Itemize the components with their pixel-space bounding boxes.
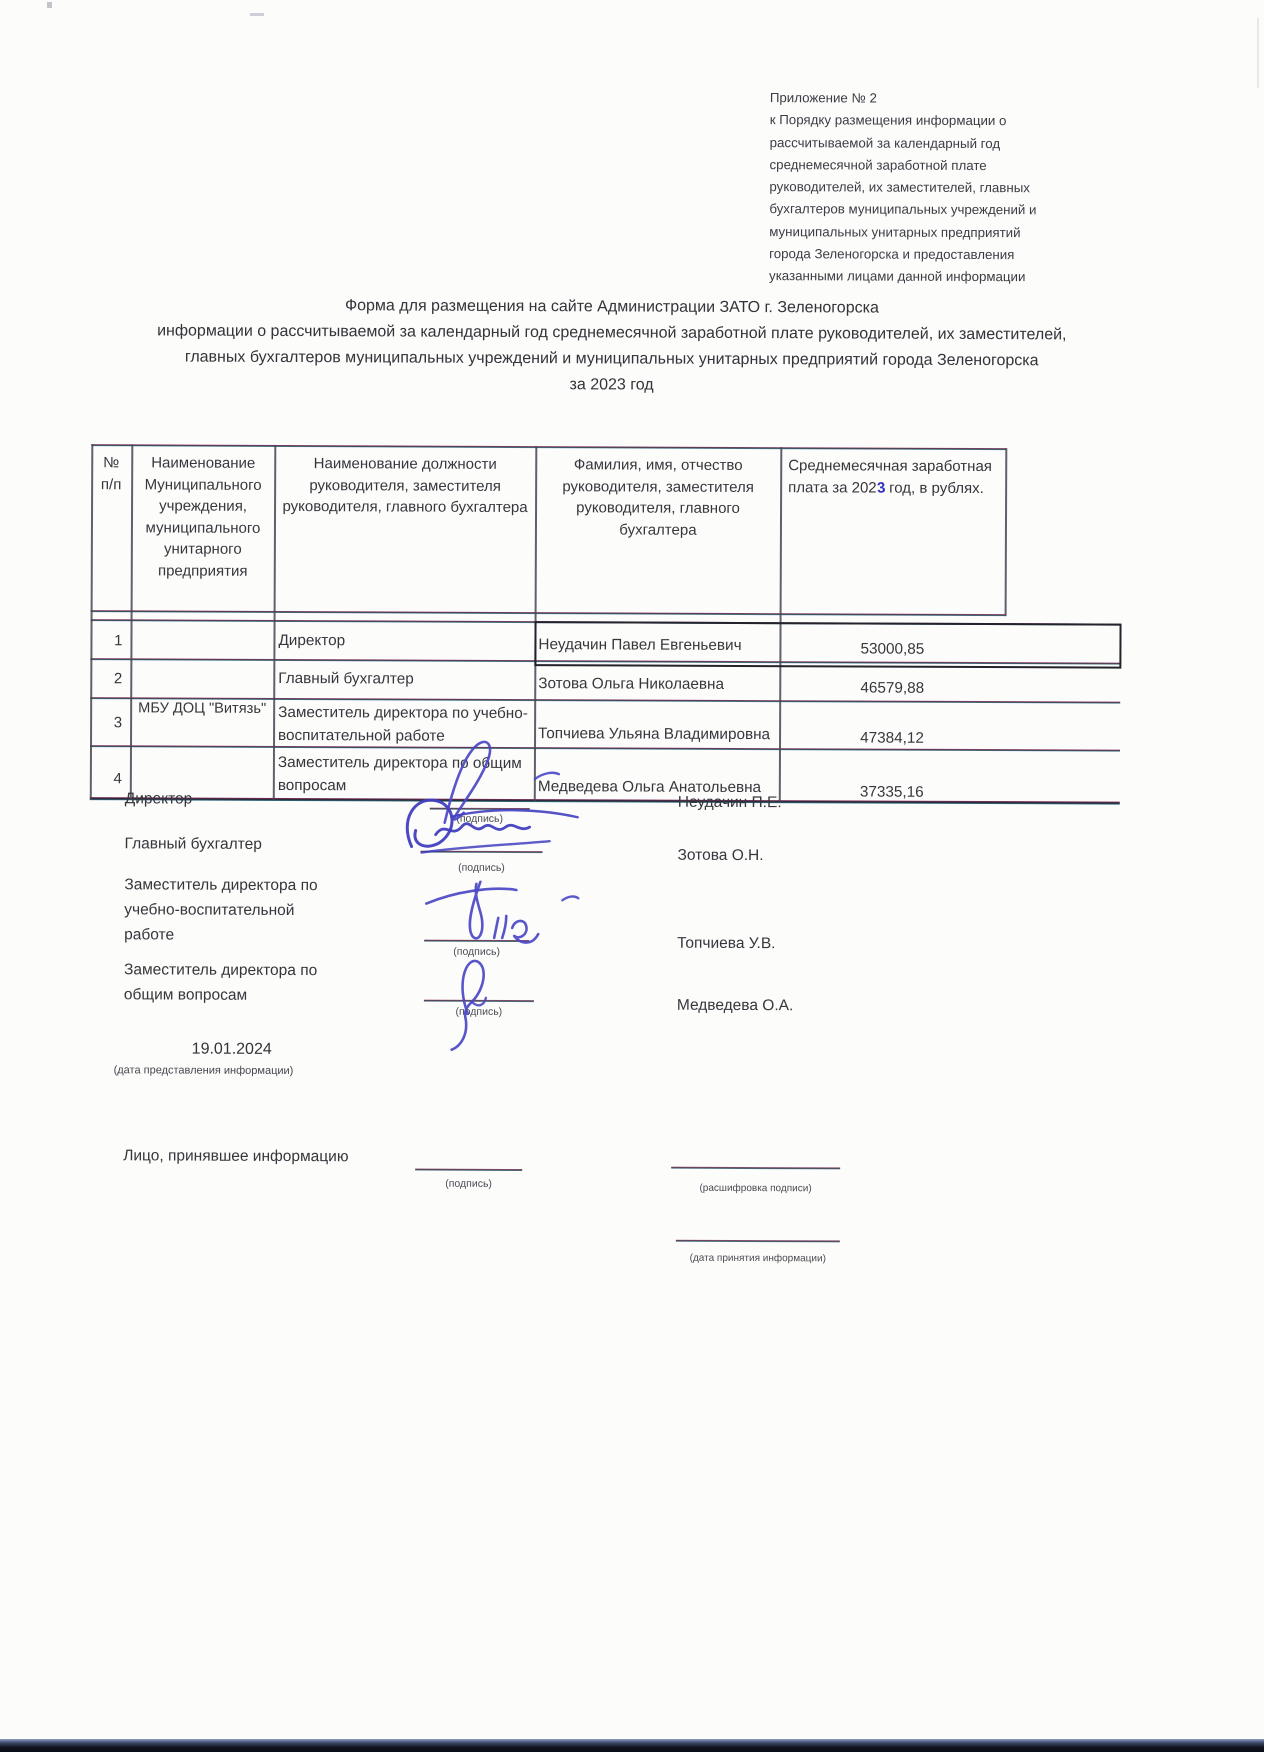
table-header-right-border [1005, 448, 1008, 616]
receiver-signature-caption: (подпись) [415, 1178, 522, 1190]
signatory-name: Неудачин П.Е. [678, 790, 782, 815]
row-position: Директор [278, 632, 532, 651]
scanned-document-page: Приложение № 2 к Порядку размещения инфо… [0, 0, 1264, 1752]
submission-date-caption: (дата представления информации) [114, 1064, 294, 1077]
row-num: 2 [90, 670, 122, 687]
document-sheet: Приложение № 2 к Порядку размещения инфо… [0, 0, 1264, 1752]
col-header-position: Наименование должности руководителя, зам… [278, 453, 532, 519]
row-salary: 37335,16 [783, 783, 1001, 802]
receiver-accept-date-caption: (дата принятия информации) [676, 1253, 840, 1265]
col-header-num: № п/п [91, 452, 131, 495]
handwritten-year-correction: 3 [876, 477, 886, 499]
receiver-signature-line [415, 1169, 522, 1171]
receiver-transcript-line [671, 1167, 840, 1170]
col-header-salary-line1: Среднемесячная заработная [788, 455, 1003, 477]
receiver-transcript-caption: (расшифровка подписи) [671, 1183, 840, 1195]
col-header-salary-line2: плата за 2023 год, в рублях. [788, 477, 1003, 499]
row-salary: 47384,12 [783, 729, 1001, 748]
signatory-role: Директор [125, 786, 193, 811]
org-name-cell: МБУ ДОЦ "Витязь" [133, 700, 271, 717]
signatory-role: Главный бухгалтер [125, 831, 262, 857]
appendix-note: Приложение № 2 к Порядку размещения инфо… [769, 87, 1070, 289]
signature-ink-deputy-general [426, 950, 526, 1055]
row-num: 3 [90, 714, 122, 731]
signatory-name: Топчиева У.В. [677, 931, 775, 956]
table-top-border [91, 444, 1006, 450]
col-header-salary: Среднемесячная заработная плата за 2023 … [788, 455, 1003, 499]
row-fio: Неудачин Павел Евгеньевич [538, 636, 778, 655]
row-num: 1 [90, 632, 122, 649]
signatory-name: Медведева О.А. [677, 993, 794, 1019]
row-fio: Зотова Ольга Николаевна [538, 675, 778, 694]
scan-edge-band [0, 1739, 1264, 1752]
signature-ink-deputy-education [414, 874, 589, 960]
row-position: Главный бухгалтер [278, 670, 532, 689]
signature-ink-chief-accountant [391, 786, 586, 872]
signatory-name: Зотова О.Н. [677, 843, 763, 868]
col-header-organization: Наименование Муниципального учреждения, … [134, 452, 273, 582]
submission-date: 19.01.2024 [192, 1041, 272, 1059]
receiver-accept-date-line [676, 1240, 840, 1243]
col-header-fio: Фамилия, имя, отчество руководителя, зам… [539, 454, 777, 541]
signatory-role: Заместитель директора по общим вопросам [124, 957, 317, 1008]
table-header-bottom-border [91, 610, 1006, 616]
document-title: Форма для размещения на сайте Администра… [92, 292, 1132, 401]
row-num: 4 [90, 770, 122, 787]
row-salary: 46579,88 [783, 679, 1001, 698]
row-salary: 53000,85 [783, 640, 1001, 659]
signatory-role: Заместитель директора по учебно-воспитат… [124, 872, 318, 948]
receiver-label: Лицо, принявшее информацию [123, 1147, 348, 1166]
